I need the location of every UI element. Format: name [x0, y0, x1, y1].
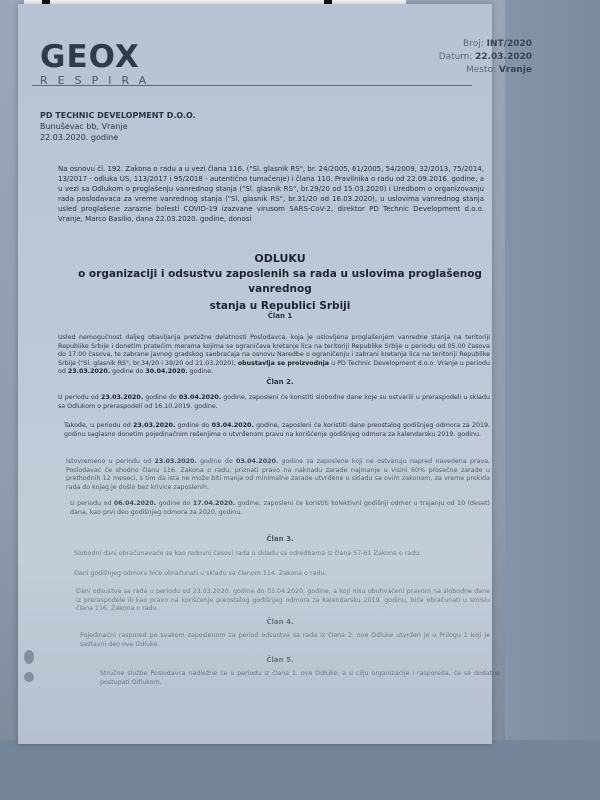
company-date: 22.03.2020. godine [40, 132, 196, 143]
article-2-paragraph-2: Takođe, u periodu od 23.03.2020. godine … [64, 422, 490, 439]
article-3-paragraph-1: Slobodni dani obračunavaće se kao redovn… [74, 550, 490, 559]
article-1-heading: Član 1 [50, 312, 510, 320]
background-strip [505, 0, 600, 740]
company-address: Bunuševac bb, Vranje [40, 121, 196, 132]
datum-row: Datum: 22.03.2020 [439, 51, 532, 64]
title-main: ODLUKU [50, 252, 510, 265]
article-4-heading: Član 4. [50, 618, 510, 626]
photo-bottom-area [0, 740, 600, 800]
article-1-paragraph: Usled nemogućnost daljeg obavljanja pret… [58, 334, 490, 377]
mesto-row: Mesto: Vranje [439, 64, 532, 77]
article-2-paragraph-1: U periodu od 23.03.2020. godine do 03.04… [58, 394, 490, 411]
header-divider [32, 85, 472, 86]
company-block: PD TECHNIC DEVELOPMENT D.O.O. Bunuševac … [40, 110, 196, 143]
logo-brand: GEOX [40, 42, 156, 72]
article-2-paragraph-4: U periodu od 06.04.2020. godine do 17.04… [70, 500, 490, 517]
article-3-paragraph-2: Dani godišnjeg odmora biće obračunati u … [74, 570, 490, 579]
article-4-paragraph: Pojedinačni raspored po svakom zaposleno… [80, 632, 490, 649]
article-2-heading: Član 2. [50, 378, 510, 386]
intro-paragraph: Na osnovu čl. 192. Zakona o radu a u vez… [58, 164, 484, 224]
article-3-paragraph-3: Dani odsustva sa rada u periodu od 23.03… [76, 588, 490, 614]
title-line-1: o organizaciji i odsustvu zaposlenih sa … [50, 267, 510, 297]
geox-logo: GEOX RESPIRA [40, 42, 156, 87]
punch-hole [24, 672, 34, 682]
article-5-heading: Član 5. [50, 656, 510, 664]
broj-row: Broj: INT/2020 [439, 38, 532, 51]
article-2-paragraph-3: Istovremeno u periodu od 23.03.2020. god… [66, 458, 490, 492]
article-5-paragraph: Stručne službe Poslodavca nadležne će u … [100, 670, 500, 687]
document-title: ODLUKU o organizaciji i odsustvu zaposle… [50, 252, 510, 314]
company-name: PD TECHNIC DEVELOPMENT D.O.O. [40, 110, 196, 121]
document-meta: Broj: INT/2020 Datum: 22.03.2020 Mesto: … [439, 38, 532, 77]
article-3-heading: Član 3. [50, 535, 510, 543]
punch-hole [24, 650, 34, 664]
